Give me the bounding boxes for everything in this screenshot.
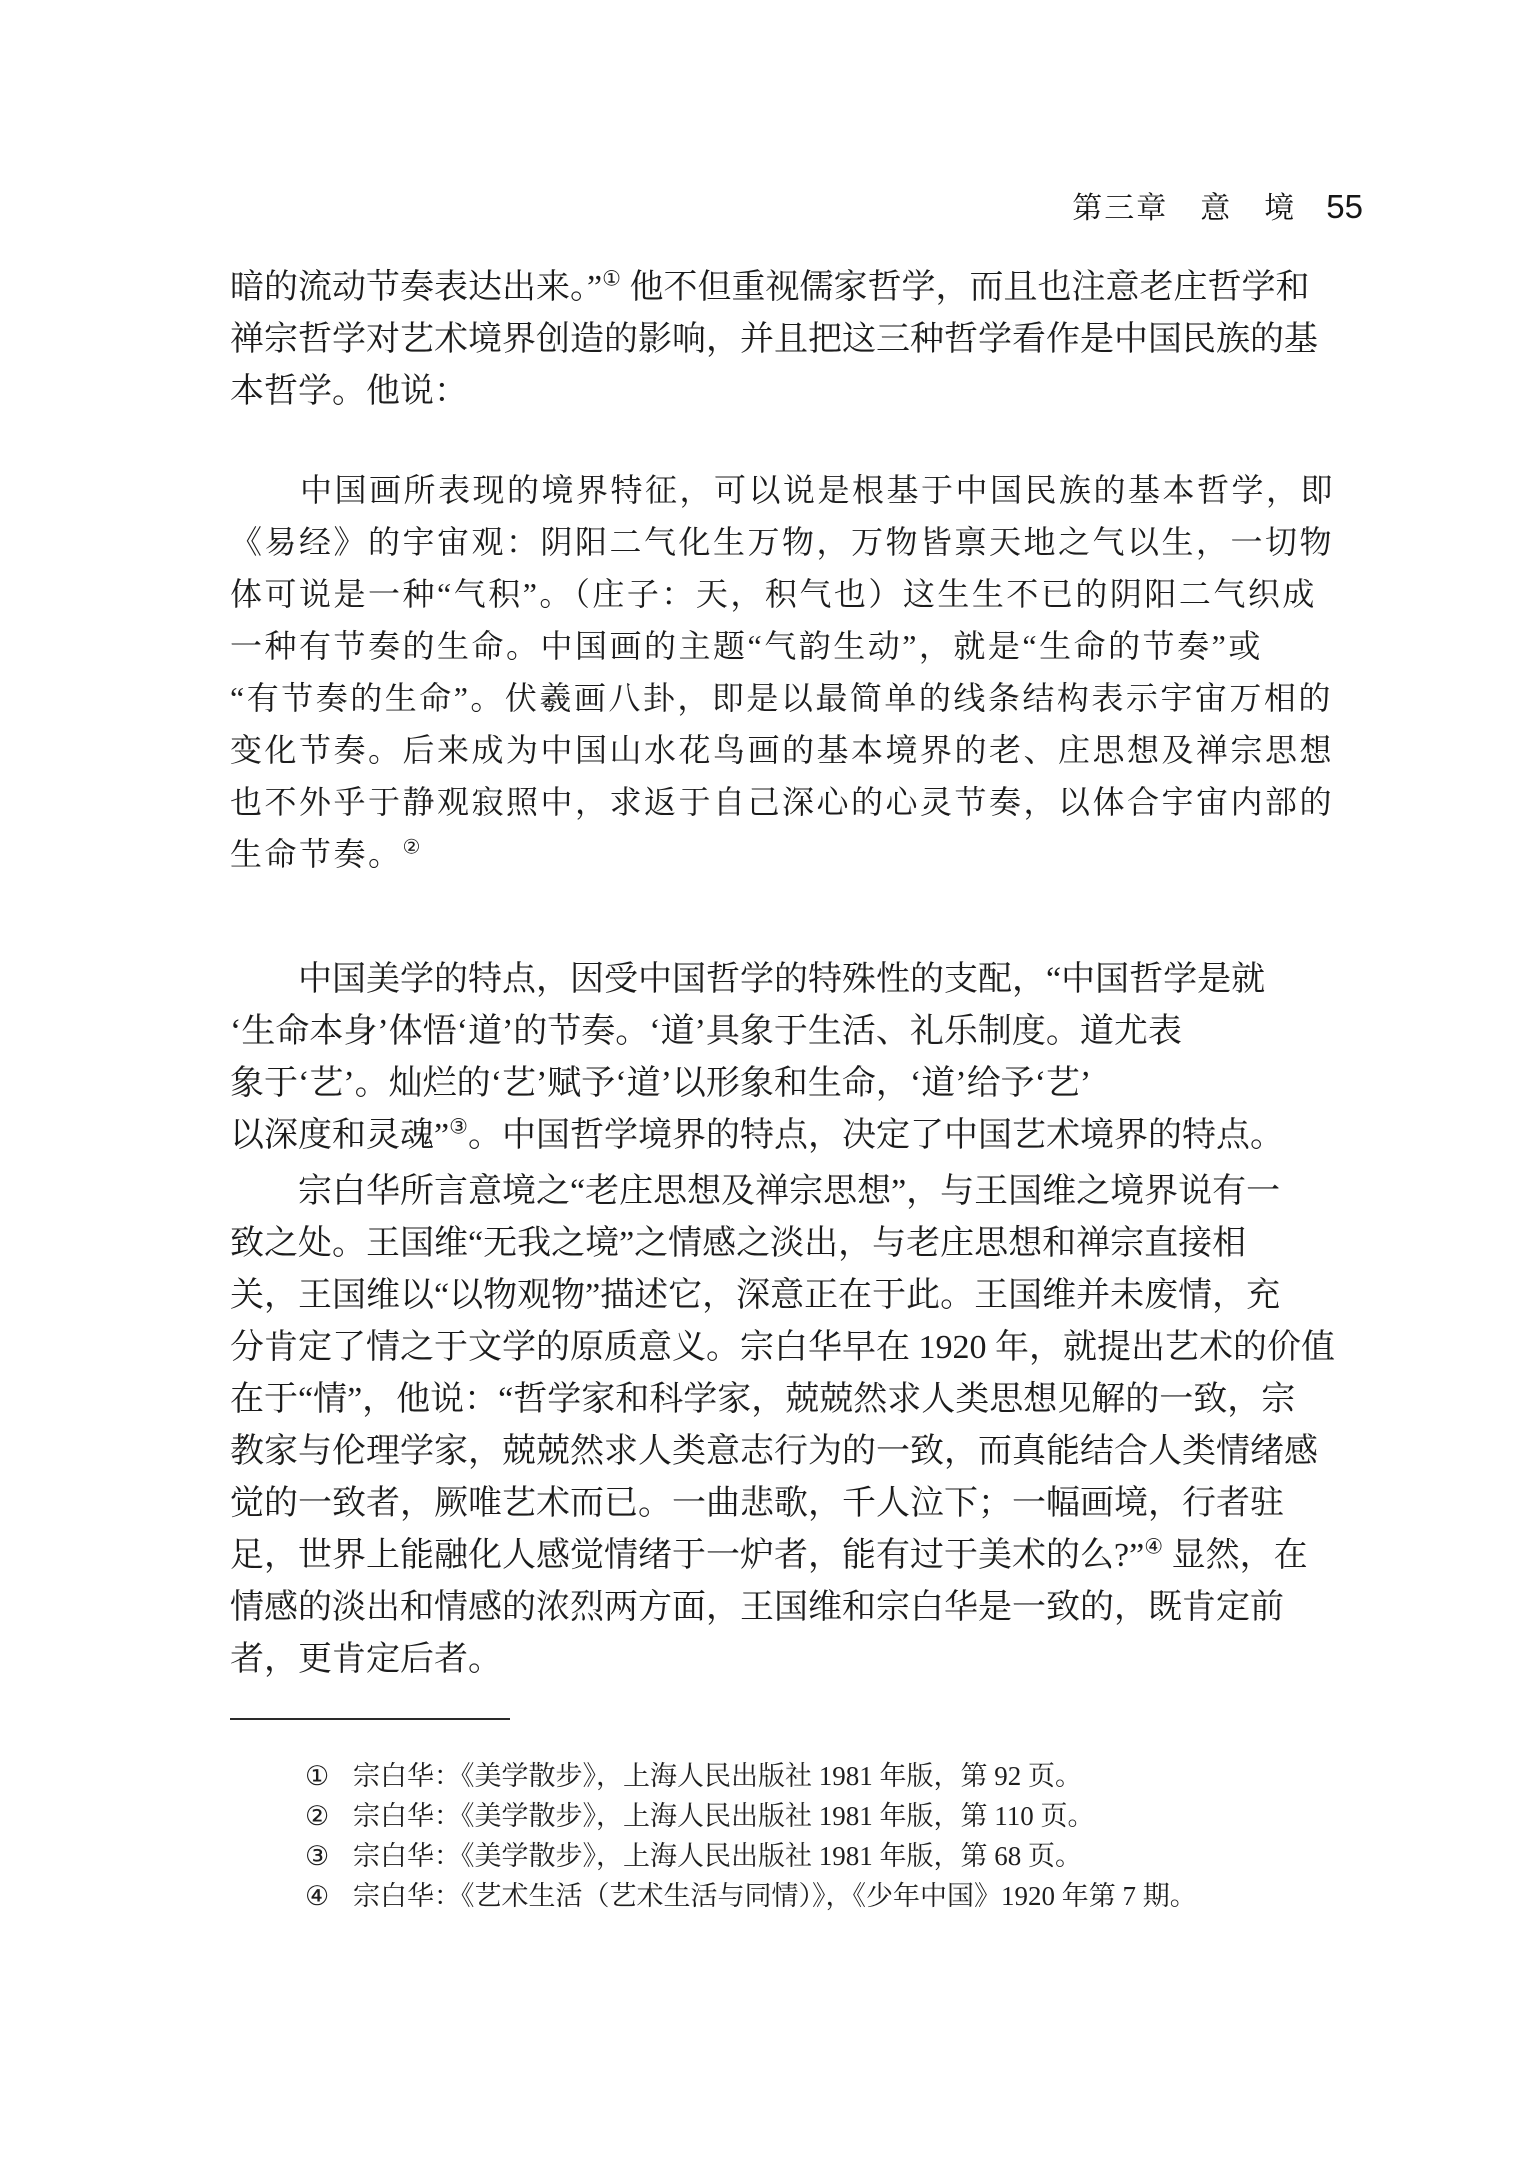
text-line: 体可说是一种“气积”。（庄子：天，积气也）这生生不已的阴阳二气织成 — [230, 568, 1290, 620]
footnote-ref: ③ — [449, 1115, 468, 1139]
footnote-marker: ② — [305, 1796, 353, 1836]
footnote-ref: ① — [602, 267, 621, 291]
text-line: 教家与伦理学家，兢兢然求人类意志行为的一致，而真能结合人类情绪感 — [230, 1426, 1290, 1478]
page-number: 55 — [1326, 188, 1363, 225]
running-head: 第三章 意 境55 — [0, 190, 1363, 226]
paragraph-3: 宗白华所言意境之“老庄思想及禅宗思想”，与王国维之境界说有一致之处。王国维“无我… — [230, 1166, 1290, 1686]
text-line: 中国美学的特点，因受中国哲学的特殊性的支配，“中国哲学是就 — [230, 954, 1290, 1006]
text-line: 情感的淡出和情感的浓烈两方面，王国维和宗白华是一致的，既肯定前 — [230, 1582, 1290, 1634]
text-line: 足，世界上能融化人感觉情绪于一炉者，能有过于美术的么?”④ 显然，在 — [230, 1530, 1290, 1582]
footnote-item-2: ②宗白华：《美学散步》，上海人民出版社 1981 年版，第 110 页。 — [230, 1796, 1290, 1836]
text-line: 一种有节奏的生命。中国画的主题“气韵生动”，就是“生命的节奏”或 — [230, 620, 1290, 672]
text-line: 禅宗哲学对艺术境界创造的影响，并且把这三种哲学看作是中国民族的基 — [230, 314, 1290, 366]
footnote-marker: ④ — [305, 1876, 353, 1916]
text-line: 中国画所表现的境界特征，可以说是根基于中国民族的基本哲学，即 — [230, 464, 1290, 516]
text-line: 变化节奏。后来成为中国山水花鸟画的基本境界的老、庄思想及禅宗思想 — [230, 724, 1290, 776]
text-line: 生命节奏。② — [230, 828, 1290, 880]
text-line: 在于“情”，他说：“哲学家和科学家，兢兢然求人类思想见解的一致，宗 — [230, 1374, 1290, 1426]
text-line: 致之处。王国维“无我之境”之情感之淡出，与老庄思想和禅宗直接相 — [230, 1218, 1290, 1270]
text-line: 关，王国维以“以物观物”描述它，深意正在于此。王国维并未废情，充 — [230, 1270, 1290, 1322]
footnote-marker: ① — [305, 1756, 353, 1796]
text-line: ‘生命本身’体悟‘道’的节奏。‘道’具象于生活、礼乐制度。道尤表 — [230, 1006, 1290, 1058]
text-line: “有节奏的生命”。伏羲画八卦，即是以最简单的线条结构表示宇宙万相的 — [230, 672, 1290, 724]
text-line: 以深度和灵魂”③。中国哲学境界的特点，决定了中国艺术境界的特点。 — [230, 1110, 1290, 1162]
text-line: 分肯定了情之于文学的原质意义。宗白华早在 1920 年，就提出艺术的价值 — [230, 1322, 1290, 1374]
footnote-text: 宗白华：《美学散步》，上海人民出版社 1981 年版，第 92 页。 — [353, 1761, 1082, 1791]
footnote-list: ①宗白华：《美学散步》，上海人民出版社 1981 年版，第 92 页。 ②宗白华… — [230, 1756, 1290, 1916]
text-line: 觉的一致者，厥唯艺术而已。一曲悲歌，千人泣下；一幅画境，行者驻 — [230, 1478, 1290, 1530]
footnote-item-1: ①宗白华：《美学散步》，上海人民出版社 1981 年版，第 92 页。 — [230, 1756, 1290, 1796]
text-line: 暗的流动节奏表达出来。”① 他不但重视儒家哲学，而且也注意老庄哲学和 — [230, 262, 1290, 314]
paragraph-continuation: 暗的流动节奏表达出来。”① 他不但重视儒家哲学，而且也注意老庄哲学和禅宗哲学对艺… — [230, 262, 1290, 418]
book-page: 第三章 意 境55 暗的流动节奏表达出来。”① 他不但重视儒家哲学，而且也注意老… — [0, 0, 1536, 2181]
footnotes-section: ①宗白华：《美学散步》，上海人民出版社 1981 年版，第 92 页。 ②宗白华… — [230, 1718, 1290, 1916]
footnote-text: 宗白华：《艺术生活（艺术生活与同情）》，《少年中国》1920 年第 7 期。 — [353, 1881, 1197, 1911]
chapter-title: 第三章 意 境 — [1072, 192, 1296, 225]
footnote-text: 宗白华：《美学散步》，上海人民出版社 1981 年版，第 110 页。 — [353, 1801, 1095, 1831]
paragraph-2: 中国美学的特点，因受中国哲学的特殊性的支配，“中国哲学是就‘生命本身’体悟‘道’… — [230, 954, 1290, 1162]
footnote-divider — [230, 1718, 510, 1720]
footnote-ref: ② — [403, 836, 421, 858]
text-line: 《易经》的宇宙观：阴阳二气化生万物，万物皆禀天地之气以生，一切物 — [230, 516, 1290, 568]
text-line: 者，更肯定后者。 — [230, 1634, 1290, 1686]
text-line: 也不外乎于静观寂照中，求返于自己深心的心灵节奏，以体合宇宙内部的 — [230, 776, 1290, 828]
text-column: 暗的流动节奏表达出来。”① 他不但重视儒家哲学，而且也注意老庄哲学和禅宗哲学对艺… — [230, 262, 1290, 1916]
text-line: 宗白华所言意境之“老庄思想及禅宗思想”，与王国维之境界说有一 — [230, 1166, 1290, 1218]
text-line: 本哲学。他说： — [230, 366, 1290, 418]
footnote-marker: ③ — [305, 1836, 353, 1876]
block-quote: 中国画所表现的境界特征，可以说是根基于中国民族的基本哲学，即《易经》的宇宙观：阴… — [230, 464, 1290, 880]
text-line: 象于‘艺’。灿烂的‘艺’赋予‘道’以形象和生命，‘道’给予‘艺’ — [230, 1058, 1290, 1110]
footnote-item-4: ④宗白华：《艺术生活（艺术生活与同情）》，《少年中国》1920 年第 7 期。 — [230, 1876, 1290, 1916]
footnote-text: 宗白华：《美学散步》，上海人民出版社 1981 年版，第 68 页。 — [353, 1841, 1082, 1871]
footnote-ref: ④ — [1144, 1535, 1163, 1559]
footnote-item-3: ③宗白华：《美学散步》，上海人民出版社 1981 年版，第 68 页。 — [230, 1836, 1290, 1876]
